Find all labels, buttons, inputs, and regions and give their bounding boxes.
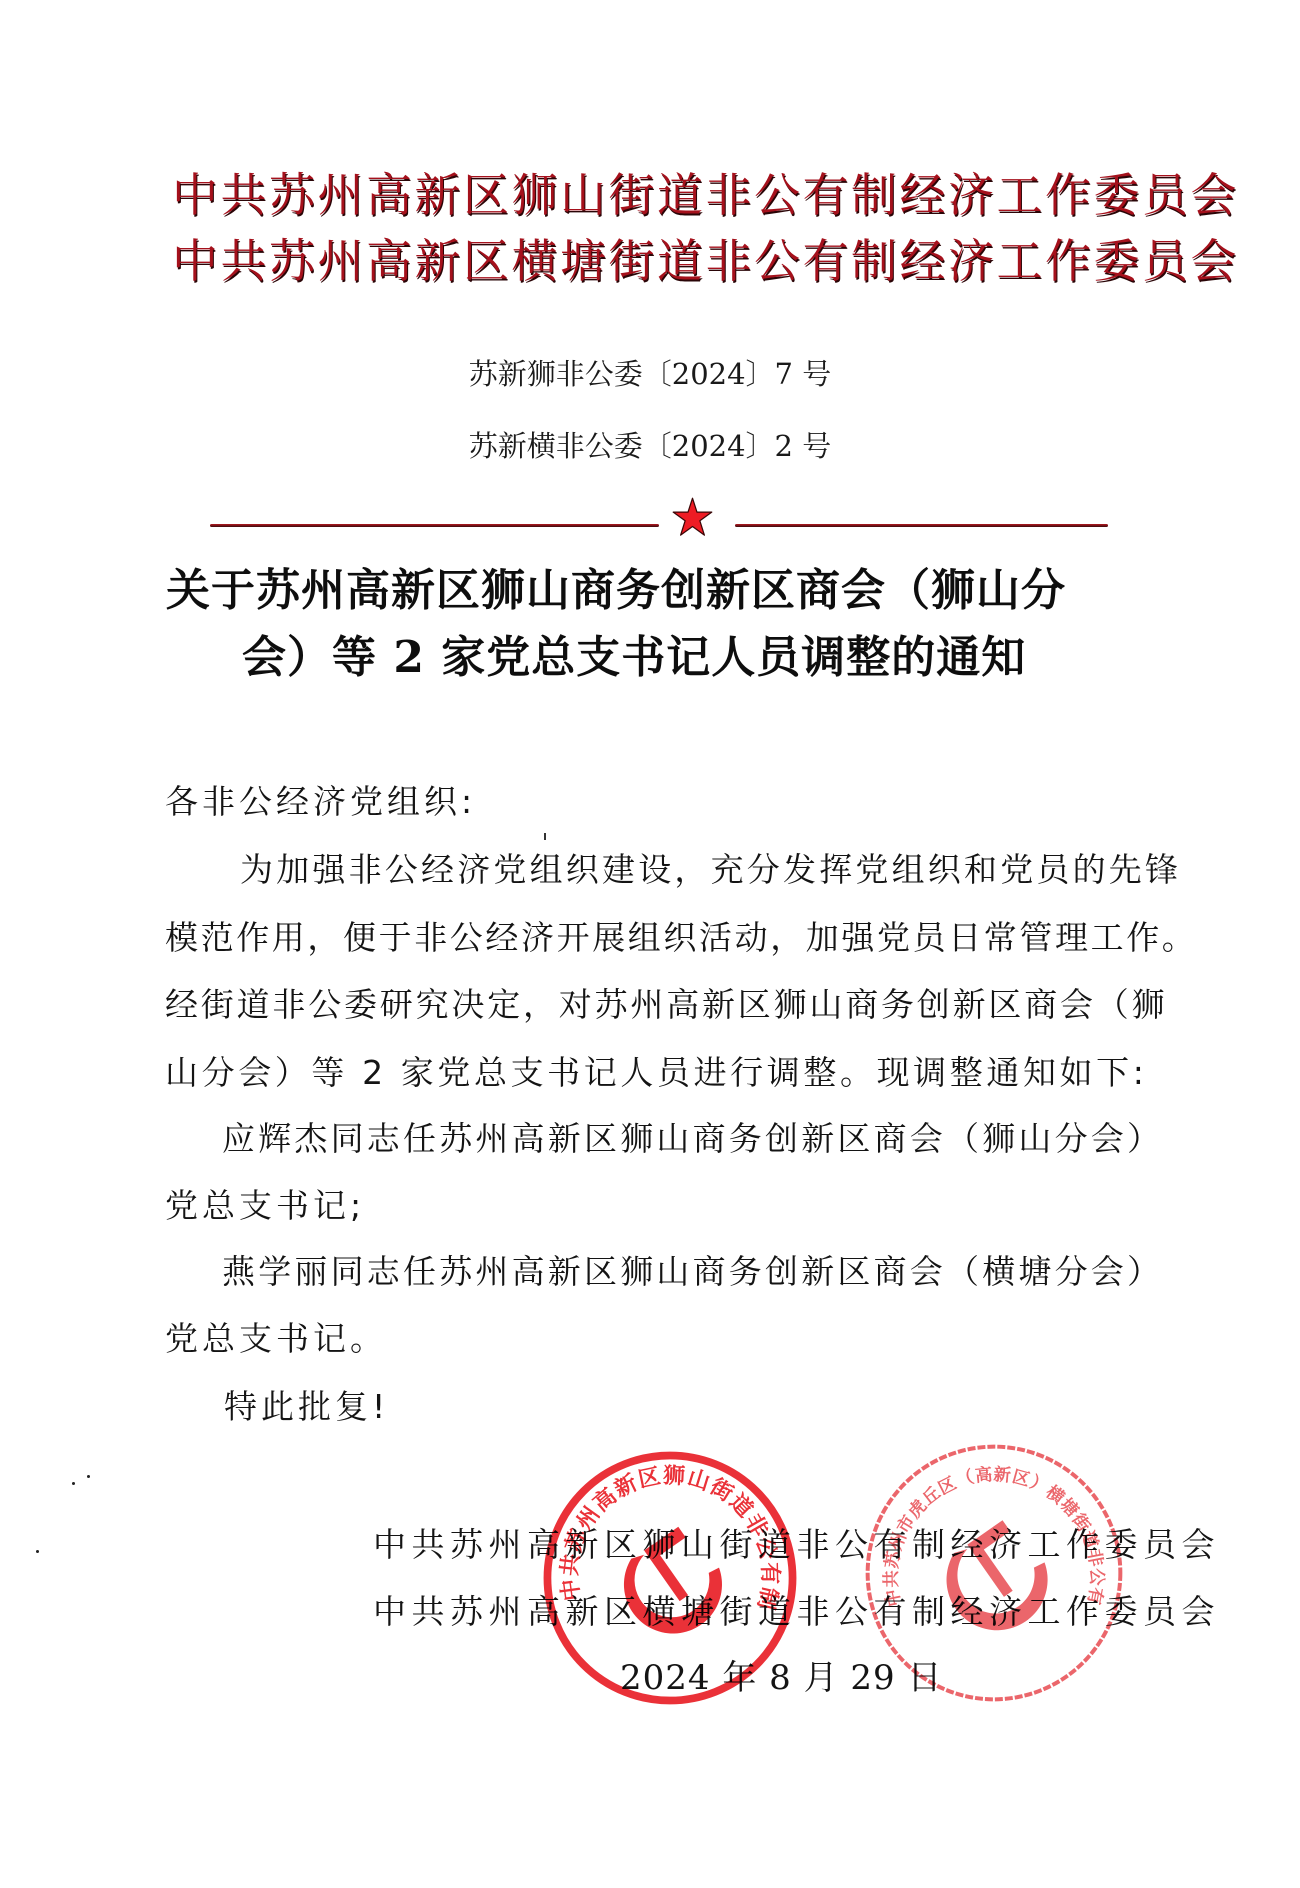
paragraph-line: 山分会）等 2 家党总支书记人员进行调整。现调整通知如下: [165,1053,1148,1093]
document-title-line-1: 关于苏州高新区狮山商务创新区商会（狮山分 [166,565,1300,617]
scan-speck [36,1550,39,1553]
party-emblem-icon [947,1520,1048,1630]
scan-mark [544,833,546,840]
doc-number-hengtang: 苏新横非公委〔2024〕2 号 [0,428,1300,464]
appointment-2-line-2: 党总支书记。 [165,1319,387,1359]
doc-number-shishan: 苏新狮非公委〔2024〕7 号 [0,356,1300,392]
closing-remark: 特此批复! [224,1387,389,1427]
scan-speck [72,1482,75,1485]
scan-speck [87,1475,90,1478]
paragraph-line: 模范作用，便于非公经济开展组织活动，加强党员日常管理工作。 [165,918,1197,958]
divider-left [210,524,659,527]
issuer-line-hengtang: 中共苏州高新区横塘街道非公有制经济工作委员会 [172,236,1154,286]
svg-text:中共苏州市虎丘区（高新区）横塘街道非公有制经济工作委员会: 中共苏州市虎丘区（高新区）横塘街道非公有制经济工作委员会 [861,1440,1107,1608]
svg-text:中共苏州高新区狮山街道非公有制经济工作委员会: 中共苏州高新区狮山街道非公有制经济工作委员会 [541,1449,783,1613]
paragraph-line: 为加强非公经济党组织建设，充分发挥党组织和党员的先锋 [240,850,1181,890]
paragraph-line: 经街道非公委研究决定，对苏州高新区狮山商务创新区商会（狮 [165,985,1167,1025]
appointment-2-line-1: 燕学丽同志任苏州高新区狮山商务创新区商会（横塘分会） [222,1252,1163,1292]
appointment-1-line-2: 党总支书记; [165,1186,365,1226]
official-seal-hengtang: 中共苏州市虎丘区（高新区）横塘街道非公有制经济工作委员会 [861,1440,1127,1706]
divider-right [735,524,1108,527]
appointment-1-line-1: 应辉杰同志任苏州高新区狮山商务创新区商会（狮山分会） [222,1119,1163,1159]
official-seal-shishan: 中共苏州高新区狮山街道非公有制经济工作委员会 [541,1449,799,1707]
party-emblem-icon [624,1527,722,1634]
red-star-icon [672,497,713,538]
salutation: 各非公经济党组织: [165,782,476,822]
issuer-line-shishan: 中共苏州高新区狮山街道非公有制经济工作委员会 [172,170,1154,220]
document-title-line-2: 会）等 2 家党总支书记人员调整的通知 [242,632,1300,684]
